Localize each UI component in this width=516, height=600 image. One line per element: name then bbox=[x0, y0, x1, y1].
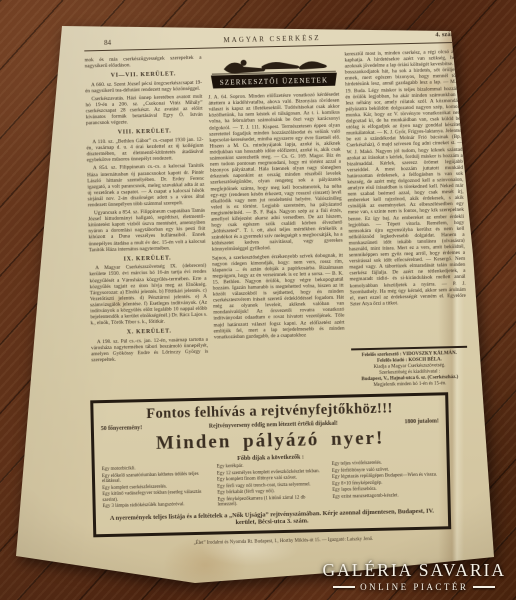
paragraph: Sajnos, a szerkesztőségben érzékenyebb s… bbox=[212, 252, 345, 340]
paragraph: keresztül most is, minden cserkész, a ré… bbox=[344, 49, 467, 346]
printer-imprint: „Élet” Irodalmi és Nyomda Rt. Budapest, … bbox=[95, 535, 471, 549]
prize-column: Egy motorbicikli. Egy előkelő szanatóriu… bbox=[102, 465, 211, 512]
ad-sub-right: 1800 jutalom! bbox=[404, 418, 438, 425]
magazine-page-shadow: 84 MAGYAR CSERKÉSZ 4. szám mok és más cs… bbox=[0, 0, 516, 600]
listing-photo: 84 MAGYAR CSERKÉSZ 4. szám mok és más cs… bbox=[0, 0, 516, 600]
section-heading: VIII. KERÜLET. bbox=[86, 128, 203, 137]
printed-content: 84 MAGYAR CSERKÉSZ 4. szám mok és más cs… bbox=[84, 30, 471, 548]
magazine-page: 84 MAGYAR CSERKÉSZ 4. szám mok és más cs… bbox=[0, 0, 516, 600]
paragraph: A 110. sz. „Bethlen Gábor” cs.-csapat 19… bbox=[86, 137, 204, 164]
imprint-block: Felelős szerkesztő : VIDOVSZKY KÁLMÁN. F… bbox=[351, 346, 468, 390]
paragraph: mok és más cserkészügyességek szerepelte… bbox=[84, 55, 201, 70]
magazine-title: MAGYAR CSERKÉSZ bbox=[84, 31, 460, 48]
section-heading: IX. KERÜLET. bbox=[89, 254, 206, 263]
gallery-watermark: GALÉRIA SAVARIA ONLINE PIACTÉR bbox=[323, 560, 506, 592]
puzzle-contest-ad: Fontos felhívás a rejtvényfejtőkhöz!!! 5… bbox=[90, 392, 451, 537]
paragraph: A 660. sz. Szent József pécsi öregcserké… bbox=[85, 80, 202, 95]
page-header: 84 MAGYAR CSERKÉSZ 4. szám bbox=[84, 30, 460, 52]
right-column: keresztül most is, minden cserkész, a ré… bbox=[344, 49, 468, 390]
prize-list: Egy motorbicikli. Egy előkelő szanatóriu… bbox=[102, 459, 441, 511]
issue-number: 4. szám bbox=[435, 31, 456, 38]
watermark-subtitle: ONLINE PIACTÉR bbox=[360, 582, 468, 592]
prize-column: Egy teljes vívófelszerelés. Egy férfiölt… bbox=[332, 459, 441, 506]
paragraph: A 854. sz. Filippineum cs.-cs. a kalocsa… bbox=[87, 163, 205, 208]
middle-column: SZERKESZTŐI ÜZENETEK J. A. 64. Sopron. M… bbox=[207, 52, 346, 393]
watermark-dash bbox=[473, 586, 495, 588]
paragraph: A 198. sz. Pál cs.-cs. jan. 12-én, vasár… bbox=[91, 337, 209, 364]
text-columns: mok és más cserkészügyességek szerepelte… bbox=[84, 49, 468, 395]
paragraph: Cserkészavatás. Házi ünnep keretében ava… bbox=[85, 94, 203, 127]
paragraph: J. A. 64. Sopron. Minden előfizetésre vo… bbox=[208, 92, 343, 253]
watermark-subtitle-row: ONLINE PIACTÉR bbox=[323, 582, 506, 592]
prize-column: Egy kerékpár. Egy 12 személyes komplett … bbox=[217, 462, 326, 509]
paragraph: A Magyar Cserkészszövetség IX. (debrecen… bbox=[89, 263, 207, 327]
editor-messages-illustration: SZERKESZTŐI ÜZENETEK bbox=[209, 53, 337, 92]
watermark-dash bbox=[333, 586, 355, 588]
prize-item: Egy ezüst manzsettagomb-készlet. bbox=[332, 492, 440, 500]
watermark-title: GALÉRIA SAVARIA bbox=[323, 560, 506, 581]
section-heading: VI—VII. KERÜLET. bbox=[85, 71, 202, 80]
prize-item: Egy fényképezőkamera (1 kitűnő zárral 12… bbox=[217, 495, 325, 508]
section-heading: X. KERÜLET. bbox=[91, 328, 208, 337]
ad-sub-left: 50 főnyeremény! bbox=[101, 425, 142, 432]
paragraph: Ugyancsak a 854. sz. Filippineum csapatá… bbox=[88, 208, 206, 253]
prize-item: Egy 3 lámpás rádiókészülék hangszóróval. bbox=[103, 502, 211, 510]
left-column: mok és más cserkészügyességek szerepelte… bbox=[84, 55, 209, 396]
